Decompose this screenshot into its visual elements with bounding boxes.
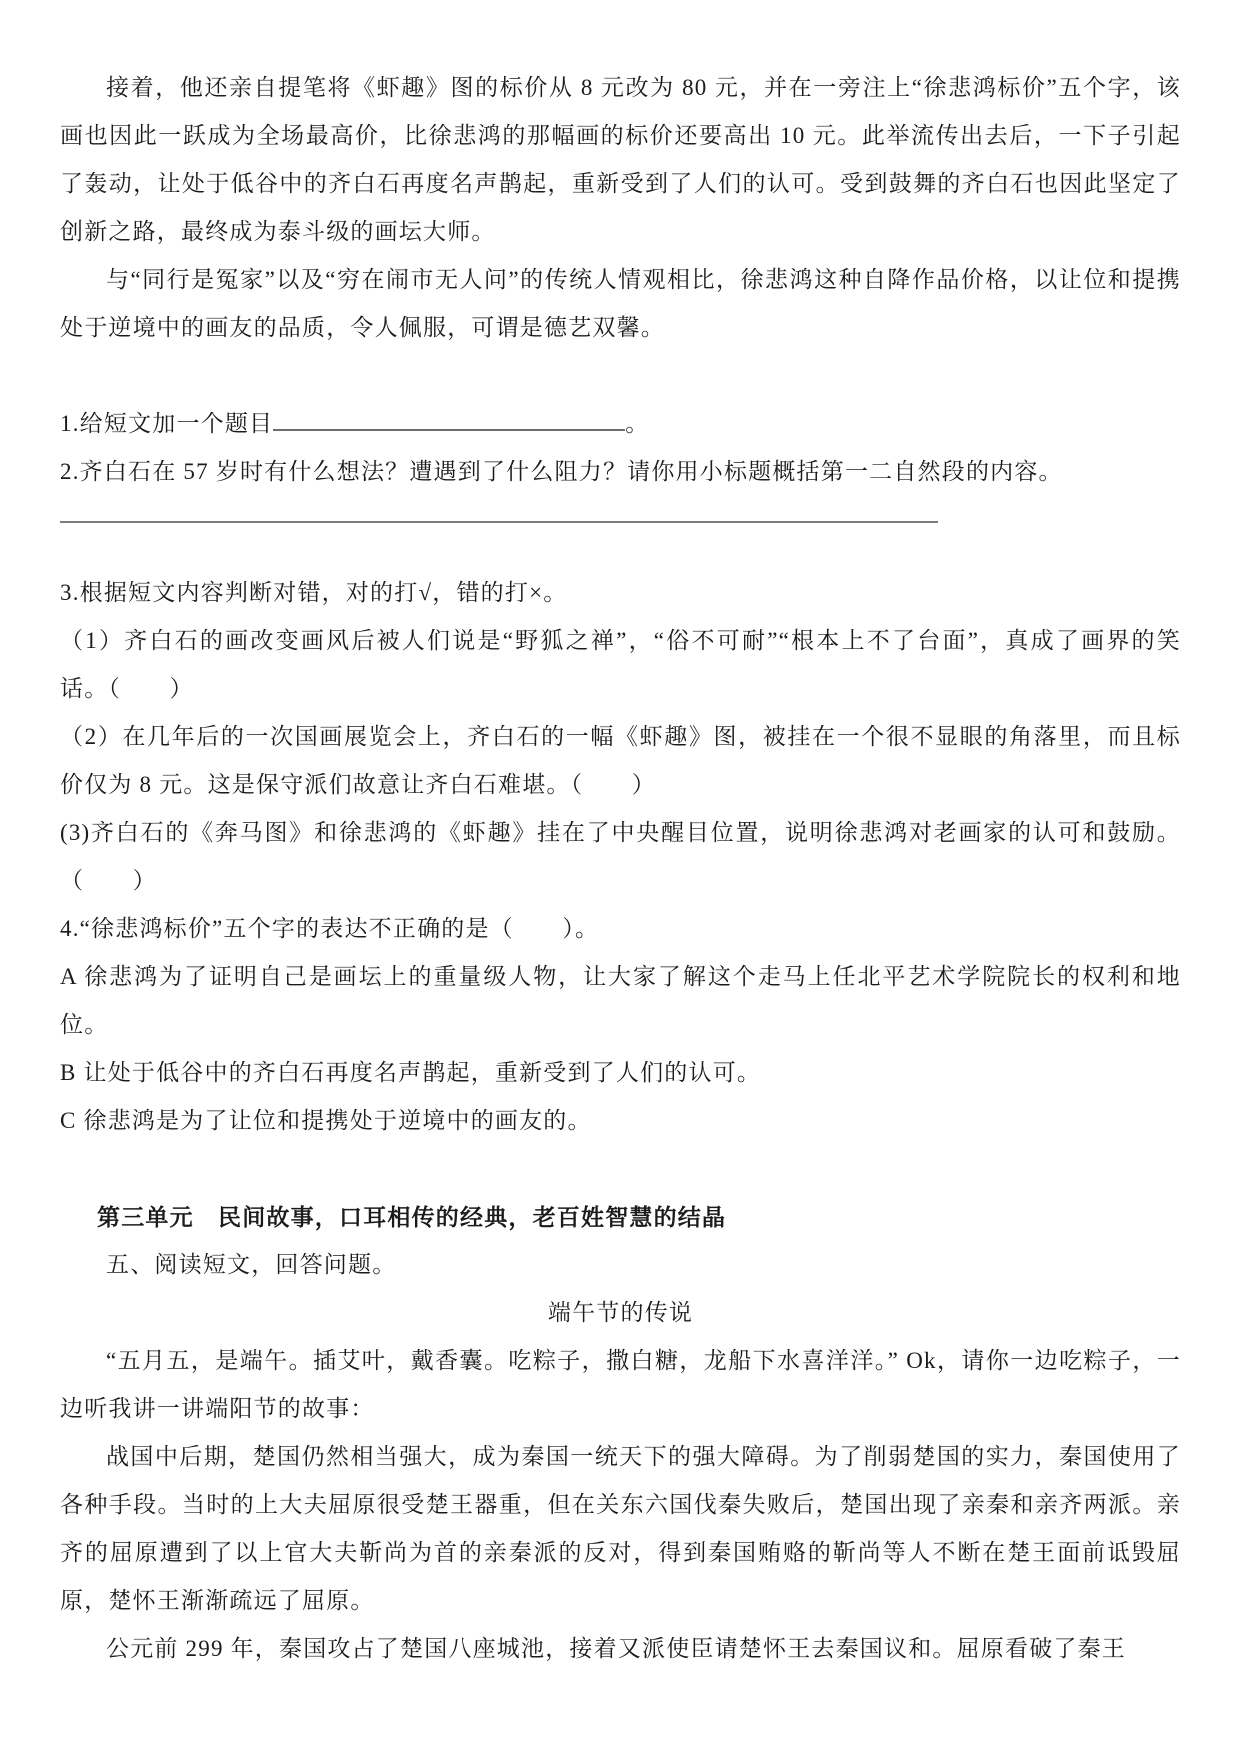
question-1: 1.给短文加一个题目。 [60, 400, 1181, 448]
document-page: 接着，他还亲自提笔将《虾趣》图的标价从 8 元改为 80 元，并在一旁注上“徐悲… [0, 0, 1241, 1754]
answer-blank-line [60, 521, 938, 523]
question-3: 3.根据短文内容判断对错，对的打√，错的打×。 [60, 569, 1181, 617]
question-1-period: 。 [625, 411, 649, 436]
passage2-paragraph-3: 公元前 299 年，秦国攻占了楚国八座城池，接着又派使臣请楚怀王去秦国议和。屈原… [60, 1625, 1181, 1673]
passage2-title: 端午节的传说 [60, 1289, 1181, 1337]
question-4-option-a: A 徐悲鸿为了证明自己是画坛上的重量级人物，让大家了解这个走马上任北平艺术学院院… [60, 953, 1181, 1049]
question-4-option-c: C 徐悲鸿是为了让位和提携处于逆境中的画友的。 [60, 1097, 1181, 1145]
passage2-paragraph-2: 战国中后期，楚国仍然相当强大，成为秦国一统天下的强大障碍。为了削弱楚国的实力，秦… [60, 1433, 1181, 1625]
answer-line-row [60, 521, 1181, 569]
question-3-item-1: （1）齐白石的画改变画风后被人们说是“野狐之禅”，“俗不可耐”“根本上不了台面”… [60, 617, 1181, 713]
answer-blank-title [273, 425, 625, 431]
passage2-paragraph-1: “五月五，是端午。插艾叶，戴香囊。吃粽子，撒白糖，龙船下水喜洋洋。” Ok，请你… [60, 1337, 1181, 1433]
question-4: 4.“徐悲鸿标价”五个字的表达不正确的是（ ）。 [60, 905, 1181, 953]
blank-line [60, 352, 1181, 400]
question-4-option-b: B 让处于低谷中的齐白石再度名声鹊起，重新受到了人们的认可。 [60, 1049, 1181, 1097]
question-3-item-2: （2）在几年后的一次国画展览会上，齐白石的一幅《虾趣》图，被挂在一个很不显眼的角… [60, 713, 1181, 809]
question-2: 2.齐白石在 57 岁时有什么想法？遭遇到了什么阻力？请你用小标题概括第一二自然… [60, 448, 1181, 496]
passage1-paragraph-1: 接着，他还亲自提笔将《虾趣》图的标价从 8 元改为 80 元，并在一旁注上“徐悲… [60, 64, 1181, 256]
question-1-text: 1.给短文加一个题目 [60, 411, 273, 436]
question-3-item-3: (3)齐白石的《奔马图》和徐悲鸿的《虾趣》挂在了中央醒目位置，说明徐悲鸿对老画家… [60, 809, 1181, 905]
passage1-paragraph-2: 与“同行是冤家”以及“穷在闹市无人问”的传统人情观相比，徐悲鸿这种自降作品价格，… [60, 256, 1181, 352]
section-instruction: 五、阅读短文，回答问题。 [60, 1241, 1181, 1289]
blank-line [60, 1145, 1181, 1193]
unit-heading: 第三单元 民间故事，口耳相传的经典，老百姓智慧的结晶 [97, 1193, 1181, 1241]
